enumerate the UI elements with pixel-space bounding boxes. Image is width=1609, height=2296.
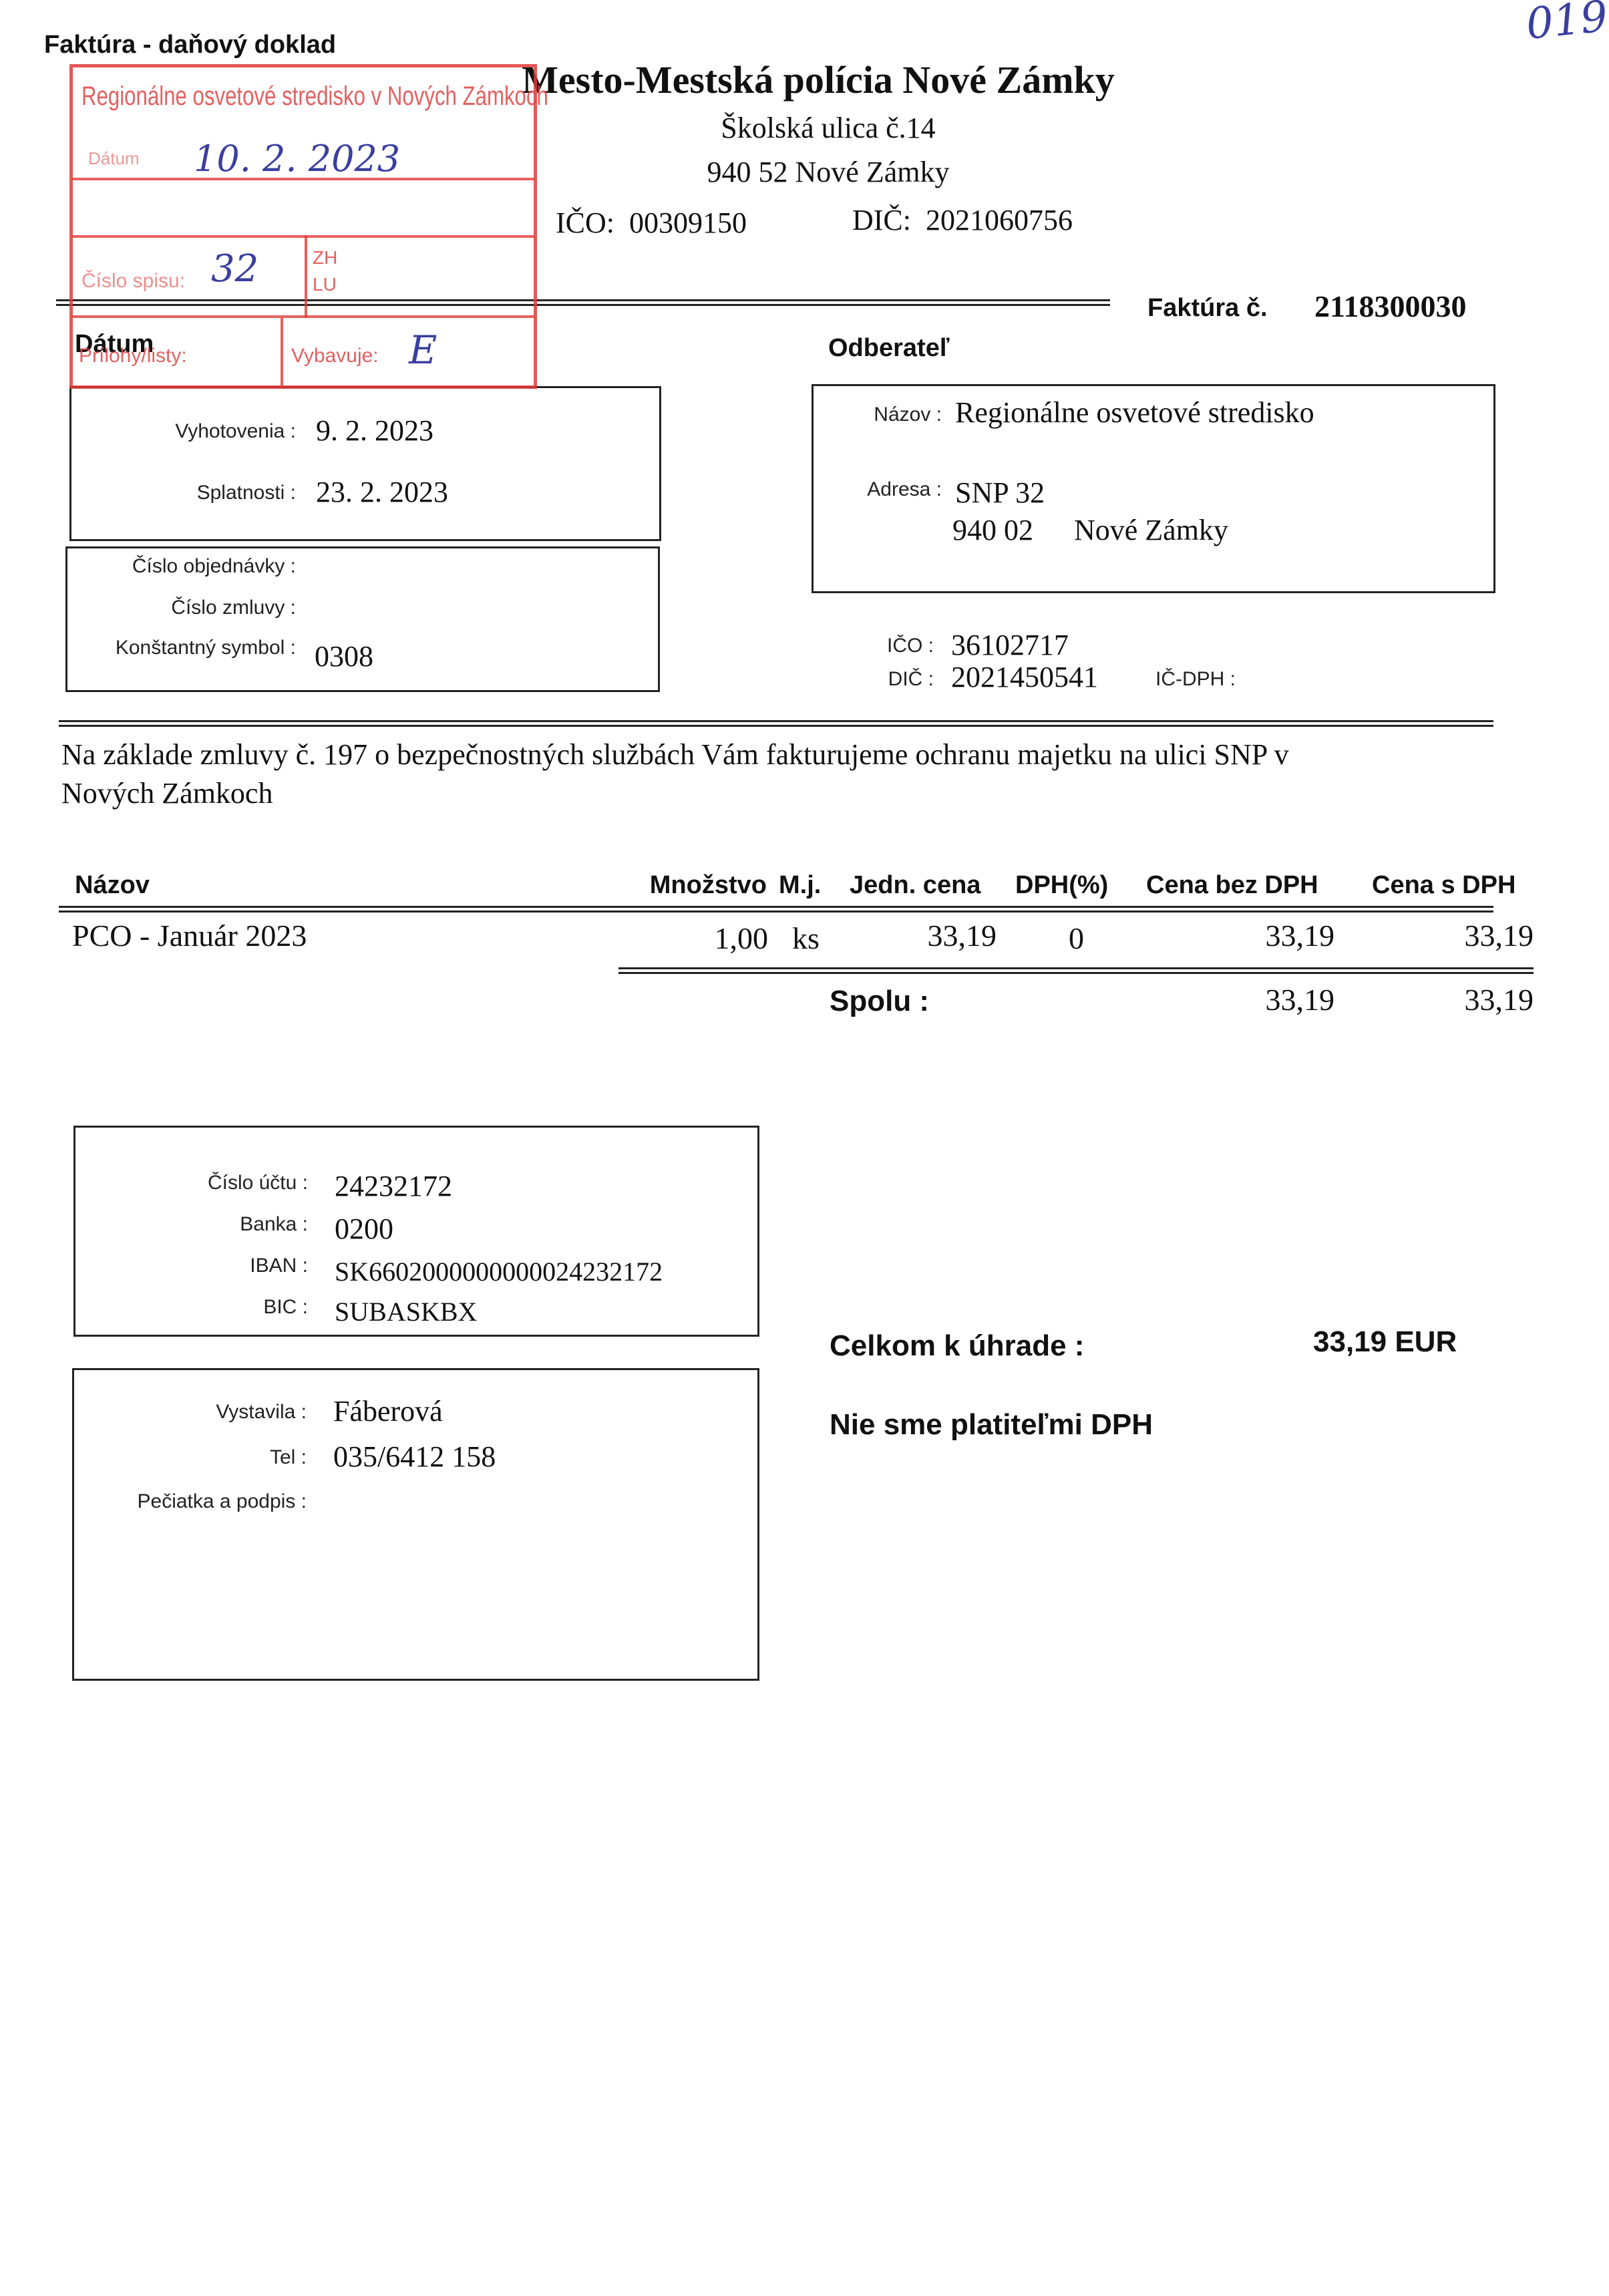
total-label: Spolu :	[830, 985, 929, 1018]
bank-code-label: Banka :	[75, 1213, 308, 1236]
account-number: 24232172	[335, 1169, 452, 1203]
invoice-number-label: Faktúra č.	[1147, 294, 1268, 323]
issuer-box: Vystavila : Fáberová Tel : 035/6412 158 …	[72, 1368, 759, 1681]
bank-details-box: Číslo účtu : 24232172 Banka : 0200 IBAN …	[73, 1126, 759, 1337]
vat-note: Nie sme platiteľmi DPH	[830, 1408, 1153, 1442]
stamp-zh-label: ZH	[313, 247, 337, 269]
issued-date: 9. 2. 2023	[316, 414, 433, 448]
customer-box: Názov : Regionálne osvetové stredisko Ad…	[812, 384, 1495, 593]
document-type-label: Faktúra - daňový doklad	[44, 31, 336, 59]
amount-due-label: Celkom k úhrade :	[830, 1329, 1084, 1363]
supplier-ico-value: 00309150	[629, 206, 747, 239]
total-gross: 33,19	[1401, 982, 1534, 1017]
stamp-handler-handwritten: E	[409, 327, 437, 373]
row-vat: 0	[1069, 921, 1084, 956]
col-header-vat: DPH(%)	[1015, 871, 1108, 900]
amount-due: 33,19 EUR	[1313, 1325, 1457, 1359]
bic-label: BIC :	[75, 1296, 308, 1319]
supplier-street: Školská ulica č.14	[501, 111, 1155, 145]
supplier-dic-label: DIČ:	[852, 204, 911, 236]
customer-ico-label: IČO :	[875, 635, 934, 657]
stamp-reg-handwritten: 32	[211, 247, 258, 291]
tel-label: Tel :	[74, 1446, 307, 1469]
order-number-label: Číslo objednávky :	[67, 555, 296, 578]
stamp-date-label: Dátum	[88, 148, 140, 169]
customer-city: Nové Zámky	[1074, 513, 1228, 547]
col-header-quantity: Množstvo	[574, 871, 767, 900]
stamp-divider	[305, 235, 307, 318]
stamp-divider	[72, 315, 534, 318]
constant-symbol: 0308	[315, 639, 373, 673]
due-label: Splatnosti :	[71, 482, 296, 504]
col-header-unit: M.j.	[779, 871, 821, 900]
row-net: 33,19	[1202, 918, 1334, 953]
stamp-reg-label: Číslo spisu:	[81, 270, 185, 293]
description-line-2: Nových Zámkoch	[61, 776, 273, 810]
bic: SUBASKBX	[335, 1296, 477, 1327]
col-header-gross: Cena s DPH	[1372, 871, 1515, 900]
customer-address-label: Adresa :	[814, 478, 942, 501]
invoice-number: 2118300030	[1314, 289, 1466, 324]
col-header-net: Cena bez DPH	[1146, 871, 1318, 900]
stamp-date-handwritten: 10. 2. 2023	[194, 138, 400, 180]
col-header-unit-price: Jedn. cena	[850, 871, 980, 900]
col-header-name: Názov	[75, 871, 150, 900]
total-net: 33,19	[1202, 982, 1334, 1017]
stamp-divider	[281, 318, 283, 387]
tel: 035/6412 158	[333, 1440, 496, 1474]
stamp-divider	[72, 235, 534, 238]
supplier-ico-label: IČO:	[556, 206, 614, 239]
table-total-divider	[618, 967, 1534, 974]
row-gross: 33,19	[1401, 918, 1534, 953]
supplier-name: Mesto-Mestská polícia Nové Zámky	[501, 57, 1135, 102]
supplier-dic-value: 2021060756	[926, 204, 1073, 236]
supplier-city: 940 52 Nové Zámky	[501, 155, 1155, 189]
iban: SK6602000000000024232172	[335, 1256, 663, 1287]
table-header-divider	[59, 906, 1493, 913]
row-unit: ks	[792, 921, 820, 956]
customer-dic-label: DIČ :	[875, 668, 934, 691]
row-unit-price: 33,19	[888, 918, 997, 953]
dates-box: Vyhotovenia : 9. 2. 2023 Splatnosti : 23…	[69, 386, 661, 541]
iban-label: IBAN :	[75, 1255, 308, 1277]
customer-zip: 940 02	[952, 513, 1033, 547]
customer-name-label: Názov :	[814, 403, 942, 426]
row-quantity: 1,00	[668, 921, 768, 956]
account-label: Číslo účtu :	[75, 1172, 308, 1194]
description-line-1: Na základe zmluvy č. 197 o bezpečnostnýc…	[61, 737, 1289, 772]
stamp-signature-label: Pečiatka a podpis :	[74, 1490, 307, 1513]
stamp-frame	[69, 64, 537, 389]
stamp-attachments-label: Prílohy/listy:	[79, 345, 187, 367]
supplier-dic: DIČ: 2021060756	[852, 203, 1073, 237]
constant-symbol-label: Konštantný symbol :	[67, 637, 296, 659]
customer-street: SNP 32	[955, 476, 1045, 510]
issued-by: Fáberová	[333, 1394, 443, 1428]
customer-name: Regionálne osvetové stredisko	[955, 395, 1314, 430]
page-mark-handwritten: 019	[1524, 0, 1609, 49]
stamp-org: Regionálne osvetové stredisko v Nových Z…	[81, 81, 548, 112]
contract-number-label: Číslo zmluvy :	[67, 597, 296, 619]
stamp-lu-label: LU	[313, 274, 337, 295]
stamp-handler-label: Vybavuje:	[291, 345, 379, 367]
customer-heading: Odberateľ	[828, 334, 949, 363]
issued-by-label: Vystavila :	[74, 1401, 307, 1424]
issued-label: Vyhotovenia :	[71, 420, 296, 443]
supplier-ico: IČO: 00309150	[556, 206, 747, 240]
section-divider	[59, 720, 1493, 727]
due-date: 23. 2. 2023	[316, 475, 448, 509]
bank-code: 0200	[335, 1212, 393, 1246]
customer-icdph-label: IČ-DPH :	[1155, 668, 1236, 691]
customer-dic: 2021450541	[951, 660, 1098, 694]
customer-ico: 36102717	[951, 628, 1069, 662]
row-name: PCO - Január 2023	[72, 918, 307, 953]
payment-refs-box: Číslo objednávky : Číslo zmluvy : Konšta…	[65, 546, 660, 692]
